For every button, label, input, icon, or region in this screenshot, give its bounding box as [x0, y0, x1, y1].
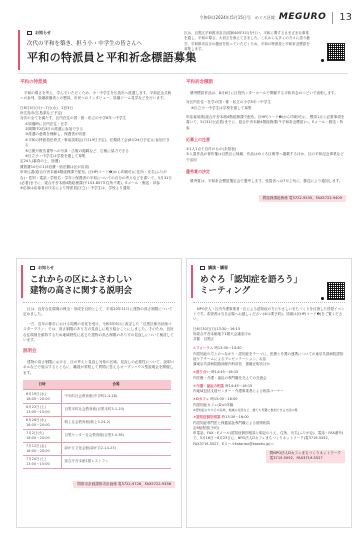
- table-row: 7月12日(金)18:00〜20:00緑が丘文化会館(緑が丘2-14-23): [23, 442, 171, 455]
- article-body: 区は、良好な住環境の保全・形成を目的として、平成20年11月に建物の高さ制限につ…: [23, 307, 175, 318]
- divider: [23, 302, 175, 303]
- issue-date: 令和6年(2024年)5月15日号 めぐろ区報: [199, 15, 274, 21]
- page-number: 13: [339, 10, 352, 25]
- code-marker-icon: [321, 297, 324, 300]
- result-heading: 優秀賞の決定: [186, 169, 346, 175]
- article-title: 平和の特派員と平和祈念標語募集: [27, 50, 348, 67]
- article-tag: お知らせ: [30, 265, 181, 271]
- target-note: ※区立小・中学生は学校を通して募集: [186, 106, 346, 111]
- detail-list: 日8月5日(月)〜7日(水)、2泊3日 所広島市(広島県など予定) 対次の全てを…: [20, 106, 172, 192]
- schedule-table: 日時 会場 6月19日(水)18:00〜20:00中央町社会教育館(中央町2-4…: [23, 380, 171, 469]
- table-row: 7月20日(土)13:00〜15:00総合庁舎本館1階レストラン: [23, 455, 171, 468]
- notice-icon: [30, 266, 35, 270]
- program-item: ⑤認知症個別相談 時13:30〜16:00 内認知症専門医と保健福祉専門職による…: [193, 415, 345, 447]
- article-body: NPO法人・区内介護事業者・区による認知症の方にやさしいまちづくりを目指した啓発…: [193, 307, 345, 323]
- peace-slogan-section: 平和祈念標語 優秀標語作品は、8月6日に区役所ンターホールで開催する平和祈念のつ…: [186, 74, 346, 202]
- section-body: 平和の尊さを考え、学んでいただくため、小・中学生を広島市へ派遣します。平和記念式…: [20, 91, 172, 102]
- section-heading: 平和の特派員: [20, 80, 172, 87]
- qr-code-icon[interactable]: [327, 43, 345, 61]
- header-divider: [332, 12, 333, 24]
- contact-box: 問NPO法人Dカフェまちづくりネットワーク 電3719-5592、FAX3719…: [266, 450, 345, 463]
- event-host: 共催 目黒区: [193, 337, 345, 342]
- article-intro: 区は、目黒区平和都市宣言(昭和60年5月)を行い、平和に関するさまざまな事業を通…: [184, 31, 312, 53]
- section-heading: 平和祈念標語: [186, 80, 346, 87]
- section-body: 優秀標語作品は、8月6日に区役所ンターホールで開催する平和祈念のつどいで表彰しま…: [186, 91, 346, 96]
- notice-icon: [27, 31, 32, 35]
- article-tag: 講演・講習: [200, 265, 351, 271]
- lecture-icon: [200, 266, 205, 270]
- section-heading: 説明会: [23, 349, 175, 356]
- code-marker-icon: [321, 59, 324, 62]
- table-row: 6月26日(水)18:00〜20:00駒上社会教育館(駒上3-24-2): [23, 416, 171, 429]
- column-header: 日時: [23, 380, 61, 390]
- section-body: 建物の高さ制限における、区の考えと見直し対象の区域、見直しの必要性について、説明…: [23, 360, 175, 376]
- article-building-height: お知らせ これからの区にふさわしい 建物の高さに関する説明会 区は、良好な住環境…: [16, 258, 182, 528]
- page-header: 令和6年(2024年)5月15日号 めぐろ区報 MEGURO 13: [199, 10, 352, 25]
- program-item: ④Dカフェ 時13:00〜16:00 内認知症カフェ(D)の体験 ※認知症の方や…: [193, 397, 345, 412]
- detail-line: ※応募は応募者の氏名により特派員(区立)・中学生は、学校より通知: [20, 186, 172, 191]
- note-line: ②入賞作品の著作権は目黒区に帰属、作品はめぐろ区報等へ掲載するほか、区の平和記念…: [186, 152, 346, 163]
- result-body: 優秀賞は、平和祈念標語選定会で選考します。受賞者へは7月上旬に、郵送により通知し…: [186, 179, 346, 184]
- table-row: 6月22日(土)13:00〜15:00目黒本町社会教育館(目黒本町3-1-20): [23, 403, 171, 416]
- program-item: ②語り合い 時14:45〜16:15 内医療・介護・福祉の専門職を交えての交流会: [193, 370, 345, 381]
- table-row: 6月19日(水)18:00〜20:00中央町社会教育館(中央町2-4-18): [23, 390, 171, 403]
- contact-box: 問総務課総務係 電5722-9205、FAX5722-9409: [259, 195, 346, 202]
- peace-envoy-section: 平和の特派員 平和の尊さを考え、学んでいただくため、小・中学生を広島市へ派遣しま…: [20, 74, 172, 192]
- article-body: 一方、近年の都市における周囲の変化を受け、令和5年6月に改定した「目黒区都市計画…: [23, 322, 175, 344]
- detail-line: ④平和の特派員任命式・事前説明会(7月19日予定)、任期終了会(8月24日予定)…: [20, 138, 172, 149]
- divider: [193, 302, 345, 303]
- meguro-logo: MEGURO: [279, 11, 326, 25]
- apply-line: 申応募用紙(総合庁舎本館4階総務課で配布。区HP(コード❷)から印刷可)に、標語…: [186, 115, 346, 131]
- contact-box: 問都市計画課都市計画係 電5722-9726、FAX5722-9338: [73, 481, 175, 488]
- detail-line: 申申込書(総合庁舎本館4階総務課で配布。区HP(コード❶)から印刷可)に住所・氏…: [20, 170, 172, 186]
- program-item: ③介護・福祉の相談 時14:45〜16:15 内地域包括支援センター・介護事業者…: [193, 384, 345, 395]
- table-row: 7月2日(火)18:00〜20:00目黒センター社会教育館(目黒3-4-36): [23, 429, 171, 442]
- column-header: 会場: [61, 380, 171, 390]
- qr-code-icon[interactable]: [327, 282, 345, 300]
- notes-heading: 応募上の注意: [186, 137, 346, 143]
- program-item: ①フォーラム 時13:30〜14:40 内認知症の方とのつながり・認知症をテーマ…: [193, 346, 345, 367]
- article-title: これからの区にふさわしい 建物の高さに関する説明会: [30, 275, 181, 298]
